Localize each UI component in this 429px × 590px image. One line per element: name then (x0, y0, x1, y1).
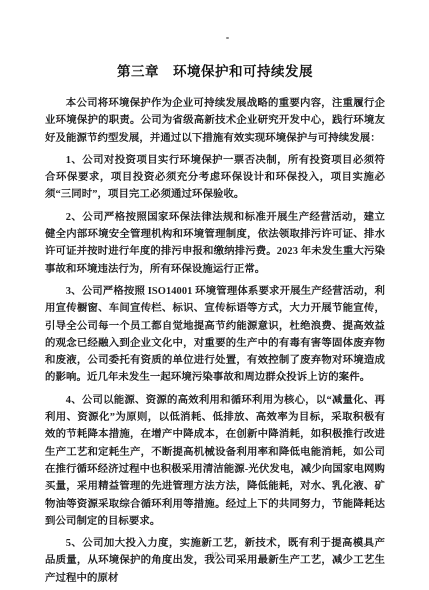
paragraph-item-3: 3、公司严格按照 ISO14001 环境管理体系要求开展生产经营活动，利用宣传橱… (45, 283, 385, 387)
intro-paragraph: 本公司将环境保护作为企业可持续发展战略的重要内容，注重履行企业环境保护的职责。公… (45, 95, 385, 147)
paragraph-item-2: 2、公司严格按照国家环保法律法规和标准开展生产经营活动，建立健全内部环境安全管理… (45, 209, 385, 278)
document-content: 第三章 环境保护和可持续发展 本公司将环境保护作为企业可持续发展战略的重要内容，… (45, 60, 385, 590)
chapter-title: 第三章 环境保护和可持续发展 (45, 60, 385, 80)
paragraph-item-5: 5、公司加大投入力度，实施新工艺，新技术，既有利于提高模具产品质量，从环境保护的… (45, 535, 385, 587)
scan-artifact-mark (226, 37, 229, 39)
page-number: 10 (0, 551, 429, 559)
document-page: 第三章 环境保护和可持续发展 本公司将环境保护作为企业可持续发展战略的重要内容，… (0, 0, 429, 590)
paragraph-item-1: 1、公司对投资项目实行环境保护一票否决制，所有投资项目必须符合环保要求，项目投资… (45, 152, 385, 204)
paragraph-item-4: 4、公司以能源、资源的高效利用和循环利用为核心，以“减量化、再利用、资源化”为原… (45, 392, 385, 530)
